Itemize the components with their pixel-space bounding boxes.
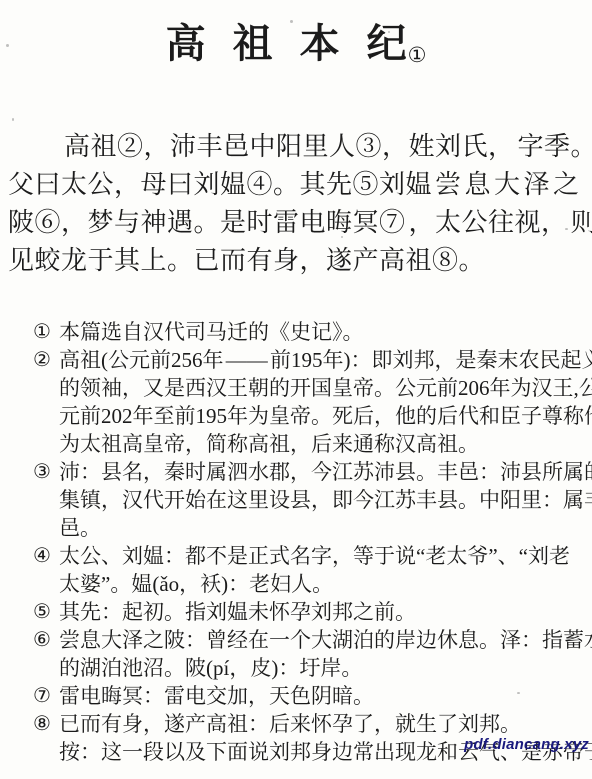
note-line: 太婆”。媪(ǎo，袄)：老妇人。	[59, 570, 584, 598]
title-text: 高祖本纪	[166, 21, 434, 66]
note-line: 集镇，汉代开始在这里设县，即今江苏丰县。中阳里：属丰	[59, 486, 584, 514]
scan-speck	[565, 228, 568, 230]
note-marker: ④	[33, 542, 59, 570]
note-item: ⑤ 其先：起初。指刘媪未怀孕刘邦之前。	[33, 598, 584, 626]
scan-speck	[517, 692, 520, 694]
page-title: 高祖本纪①	[0, 0, 592, 70]
paragraph-line: 高祖②，沛丰邑中阳里人③，姓刘氏， 字季。	[8, 128, 592, 166]
notes-section: ① 本篇选自汉代司马迁的《史记》。 ② 高祖(公元前256年 —— 前195年)…	[33, 318, 584, 766]
note-marker: ⑥	[33, 626, 59, 654]
note-line: 的领袖，又是西汉王朝的开国皇帝。公元前206年为汉王,公	[59, 374, 584, 402]
scan-speck	[12, 118, 14, 121]
scan-speck	[388, 31, 390, 33]
watermark-text: pdf.diancang.xyz	[464, 736, 589, 753]
note-marker: ①	[33, 318, 59, 346]
scan-speck	[341, 236, 343, 238]
scan-speck	[6, 44, 9, 47]
note-marker: ⑤	[33, 598, 59, 626]
note-line: 太公、刘媪：都不是正式名字，等于说“老太爷”、“刘老	[59, 542, 584, 570]
note-item: ⑥ 尝息大泽之陂：曾经在一个大湖泊的岸边休息。泽：指蓄水 的湖泊池沼。陂(pí，…	[33, 626, 584, 682]
paragraph-line: 陂⑥，梦与神遇。是时雷电晦冥⑦ ，太公往视， 则	[8, 204, 592, 242]
paragraph-line: 见蛟龙于其上。已而有身，遂产高祖⑧。	[8, 242, 592, 280]
note-item: ② 高祖(公元前256年 —— 前195年)：即刘邦，是秦末农民起义 的领袖，又…	[33, 346, 584, 458]
note-line: 为太祖高皇帝，简称高祖，后来通称汉高祖。	[59, 430, 584, 458]
note-line: 其先：起初。指刘媪未怀孕刘邦之前。	[59, 598, 584, 626]
main-paragraph: 高祖②，沛丰邑中阳里人③，姓刘氏， 字季。 父曰太公，母曰刘媪④。其先⑤刘媪 尝…	[8, 128, 592, 280]
note-line: 沛：县名，秦时属泗水郡，今江苏沛县。丰邑：沛县所属的	[59, 458, 584, 486]
note-line: 元前202年至前195年为皇帝。死后，他的后代和臣子尊称他	[59, 402, 584, 430]
note-line: 高祖(公元前256年 —— 前195年)：即刘邦，是秦末农民起义	[59, 346, 584, 374]
note-line: 邑。	[59, 514, 584, 542]
scanned-book-page: 高祖本纪① 高祖②，沛丰邑中阳里人③，姓刘氏， 字季。 父曰太公，母曰刘媪④。其…	[0, 0, 592, 779]
note-line: 已而有身，遂产高祖：后来怀孕了，就生了刘邦。	[59, 710, 584, 738]
note-marker: ⑦	[33, 682, 59, 710]
note-item: ③ 沛：县名，秦时属泗水郡，今江苏沛县。丰邑：沛县所属的 集镇，汉代开始在这里设…	[33, 458, 584, 542]
note-item: ⑦ 雷电晦冥：雷电交加，天色阴暗。	[33, 682, 584, 710]
note-item: ④ 太公、刘媪：都不是正式名字，等于说“老太爷”、“刘老 太婆”。媪(ǎo，袄)…	[33, 542, 584, 598]
note-item: ⑧ 已而有身，遂产高祖：后来怀孕了，就生了刘邦。	[33, 710, 584, 738]
note-marker: ③	[33, 458, 59, 486]
note-line: 雷电晦冥：雷电交加，天色阴暗。	[59, 682, 584, 710]
note-marker	[33, 738, 59, 766]
note-marker: ②	[33, 346, 59, 374]
note-item: ① 本篇选自汉代司马迁的《史记》。	[33, 318, 584, 346]
note-marker: ⑧	[33, 710, 59, 738]
note-line: 的湖泊池沼。陂(pí，皮)：圩岸。	[59, 654, 584, 682]
paragraph-line: 父曰太公，母曰刘媪④。其先⑤刘媪 尝 息 大 泽 之	[8, 166, 592, 204]
title-note-ref: ①	[408, 43, 427, 67]
scan-speck	[290, 20, 293, 23]
note-line: 本篇选自汉代司马迁的《史记》。	[59, 318, 584, 346]
note-line: 尝息大泽之陂：曾经在一个大湖泊的岸边休息。泽：指蓄水	[59, 626, 584, 654]
